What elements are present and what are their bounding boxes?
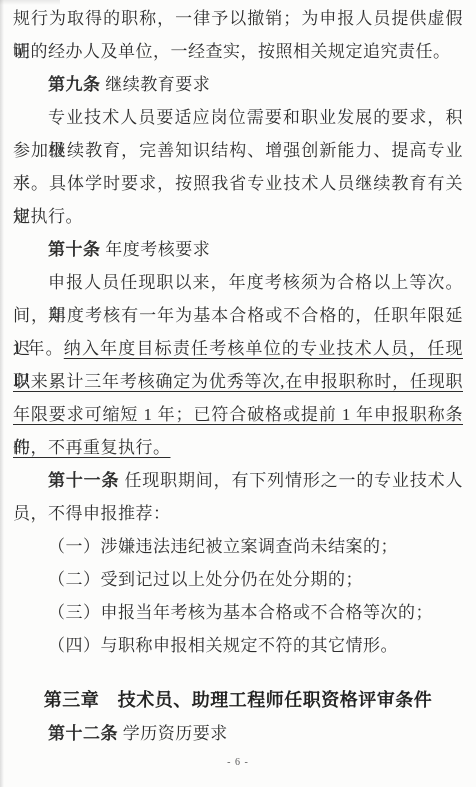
text-segment: （一）涉嫌违法违纪被立案调查尚未结案的； xyxy=(48,537,398,556)
body-line: 员，不得申报推荐： xyxy=(13,497,463,530)
text-segment: 学历资历要求 xyxy=(118,724,228,743)
body-line: 以来累计三年考核确定为优秀等次,在申报职称时，任现职 xyxy=(13,365,463,398)
text-segment: 定执行。 xyxy=(13,207,83,226)
bold-text-segment: 第十二条 xyxy=(48,724,118,743)
text-segment: 继续教育要求 xyxy=(101,75,211,94)
body-line: 年限要求可缩短 1 年；已符合破格或提前 1 年申报职称条件 xyxy=(13,398,463,431)
underlined-text-segment: 的，不再重复执行。 xyxy=(13,438,171,457)
text-segment: 年度考核要求 xyxy=(101,240,211,259)
text-segment: （二）受到记过以上处分仍在处分期的； xyxy=(48,570,363,589)
text-segment: 员，不得申报推荐： xyxy=(13,504,171,523)
body-line: 明的经办人及单位，一经查实，按照相关规定追究责任。 xyxy=(13,35,463,68)
text-segment: （四）与职称申报相关规定不符的其它情形。 xyxy=(48,636,398,655)
list-item-1: （一）涉嫌违法违纪被立案调查尚未结案的； xyxy=(13,530,463,563)
article-12-heading: 第十二条 学历资历要求 xyxy=(13,717,463,750)
text-segment: 明的经办人及单位，一经查实，按照相关规定追究责任。 xyxy=(13,42,451,61)
article-10-heading: 第十条 年度考核要求 xyxy=(13,233,463,266)
chapter-3-heading: 第三章 技术员、助理工程师任职资格评审条件 xyxy=(13,684,463,717)
list-item-2: （二）受到记过以上处分仍在处分期的； xyxy=(13,563,463,596)
blank-spacer xyxy=(13,662,463,684)
body-line: 平。具体学时要求，按照我省专业技术人员继续教育有关规 xyxy=(13,167,463,200)
page-number: - 6 - xyxy=(0,757,476,768)
list-item-3: （三）申报当年考核为基本合格或不合格等次的； xyxy=(13,596,463,629)
scan-edge-shade xyxy=(0,0,4,787)
text-segment: 1 年。 xyxy=(13,339,64,358)
text-segment: （三）申报当年考核为基本合格或不合格等次的； xyxy=(48,603,433,622)
body-line: 规行为取得的职称，一律予以撤销；为申报人员提供虚假证 xyxy=(13,2,463,35)
body-line: 间，年度考核有一年为基本合格或不合格的，任职年限延迟 xyxy=(13,299,463,332)
document-body: 规行为取得的职称，一律予以撤销；为申报人员提供虚假证明的经办人及单位，一经查实，… xyxy=(13,2,463,750)
text-segment: 任现职期间，有下列情形之一的专业技术人 xyxy=(119,471,463,490)
body-line: 申报人员任现职以来，年度考核须为合格以上等次。期 xyxy=(13,266,463,299)
body-line: 专业技术人员要适应岗位需要和职业发展的要求，积极 xyxy=(13,101,463,134)
list-item-4: （四）与职称申报相关规定不符的其它情形。 xyxy=(13,629,463,662)
bold-text-segment: 第九条 xyxy=(48,75,101,94)
document-page: 规行为取得的职称，一律予以撤销；为申报人员提供虚假证明的经办人及单位，一经查实，… xyxy=(0,0,476,787)
body-line: 参加继续教育，完善知识结构、增强创新能力、提高专业水 xyxy=(13,134,463,167)
bold-text-segment: 第十一条 xyxy=(48,471,119,490)
article-9-heading: 第九条 继续教育要求 xyxy=(13,68,463,101)
underlined-text-segment: 以来累计三年考核确定为优秀等次,在申报职称时，任现职 xyxy=(13,372,463,391)
body-line: 1 年。纳入年度目标责任考核单位的专业技术人员，任现职 xyxy=(13,332,463,365)
bold-text-segment: 第三章 技术员、助理工程师任职资格评审条件 xyxy=(44,690,433,710)
body-line: 的，不再重复执行。 xyxy=(13,431,463,464)
body-line: 定执行。 xyxy=(13,200,463,233)
bold-text-segment: 第十条 xyxy=(48,240,101,259)
article-11-heading: 第十一条 任现职期间，有下列情形之一的专业技术人 xyxy=(13,464,463,497)
